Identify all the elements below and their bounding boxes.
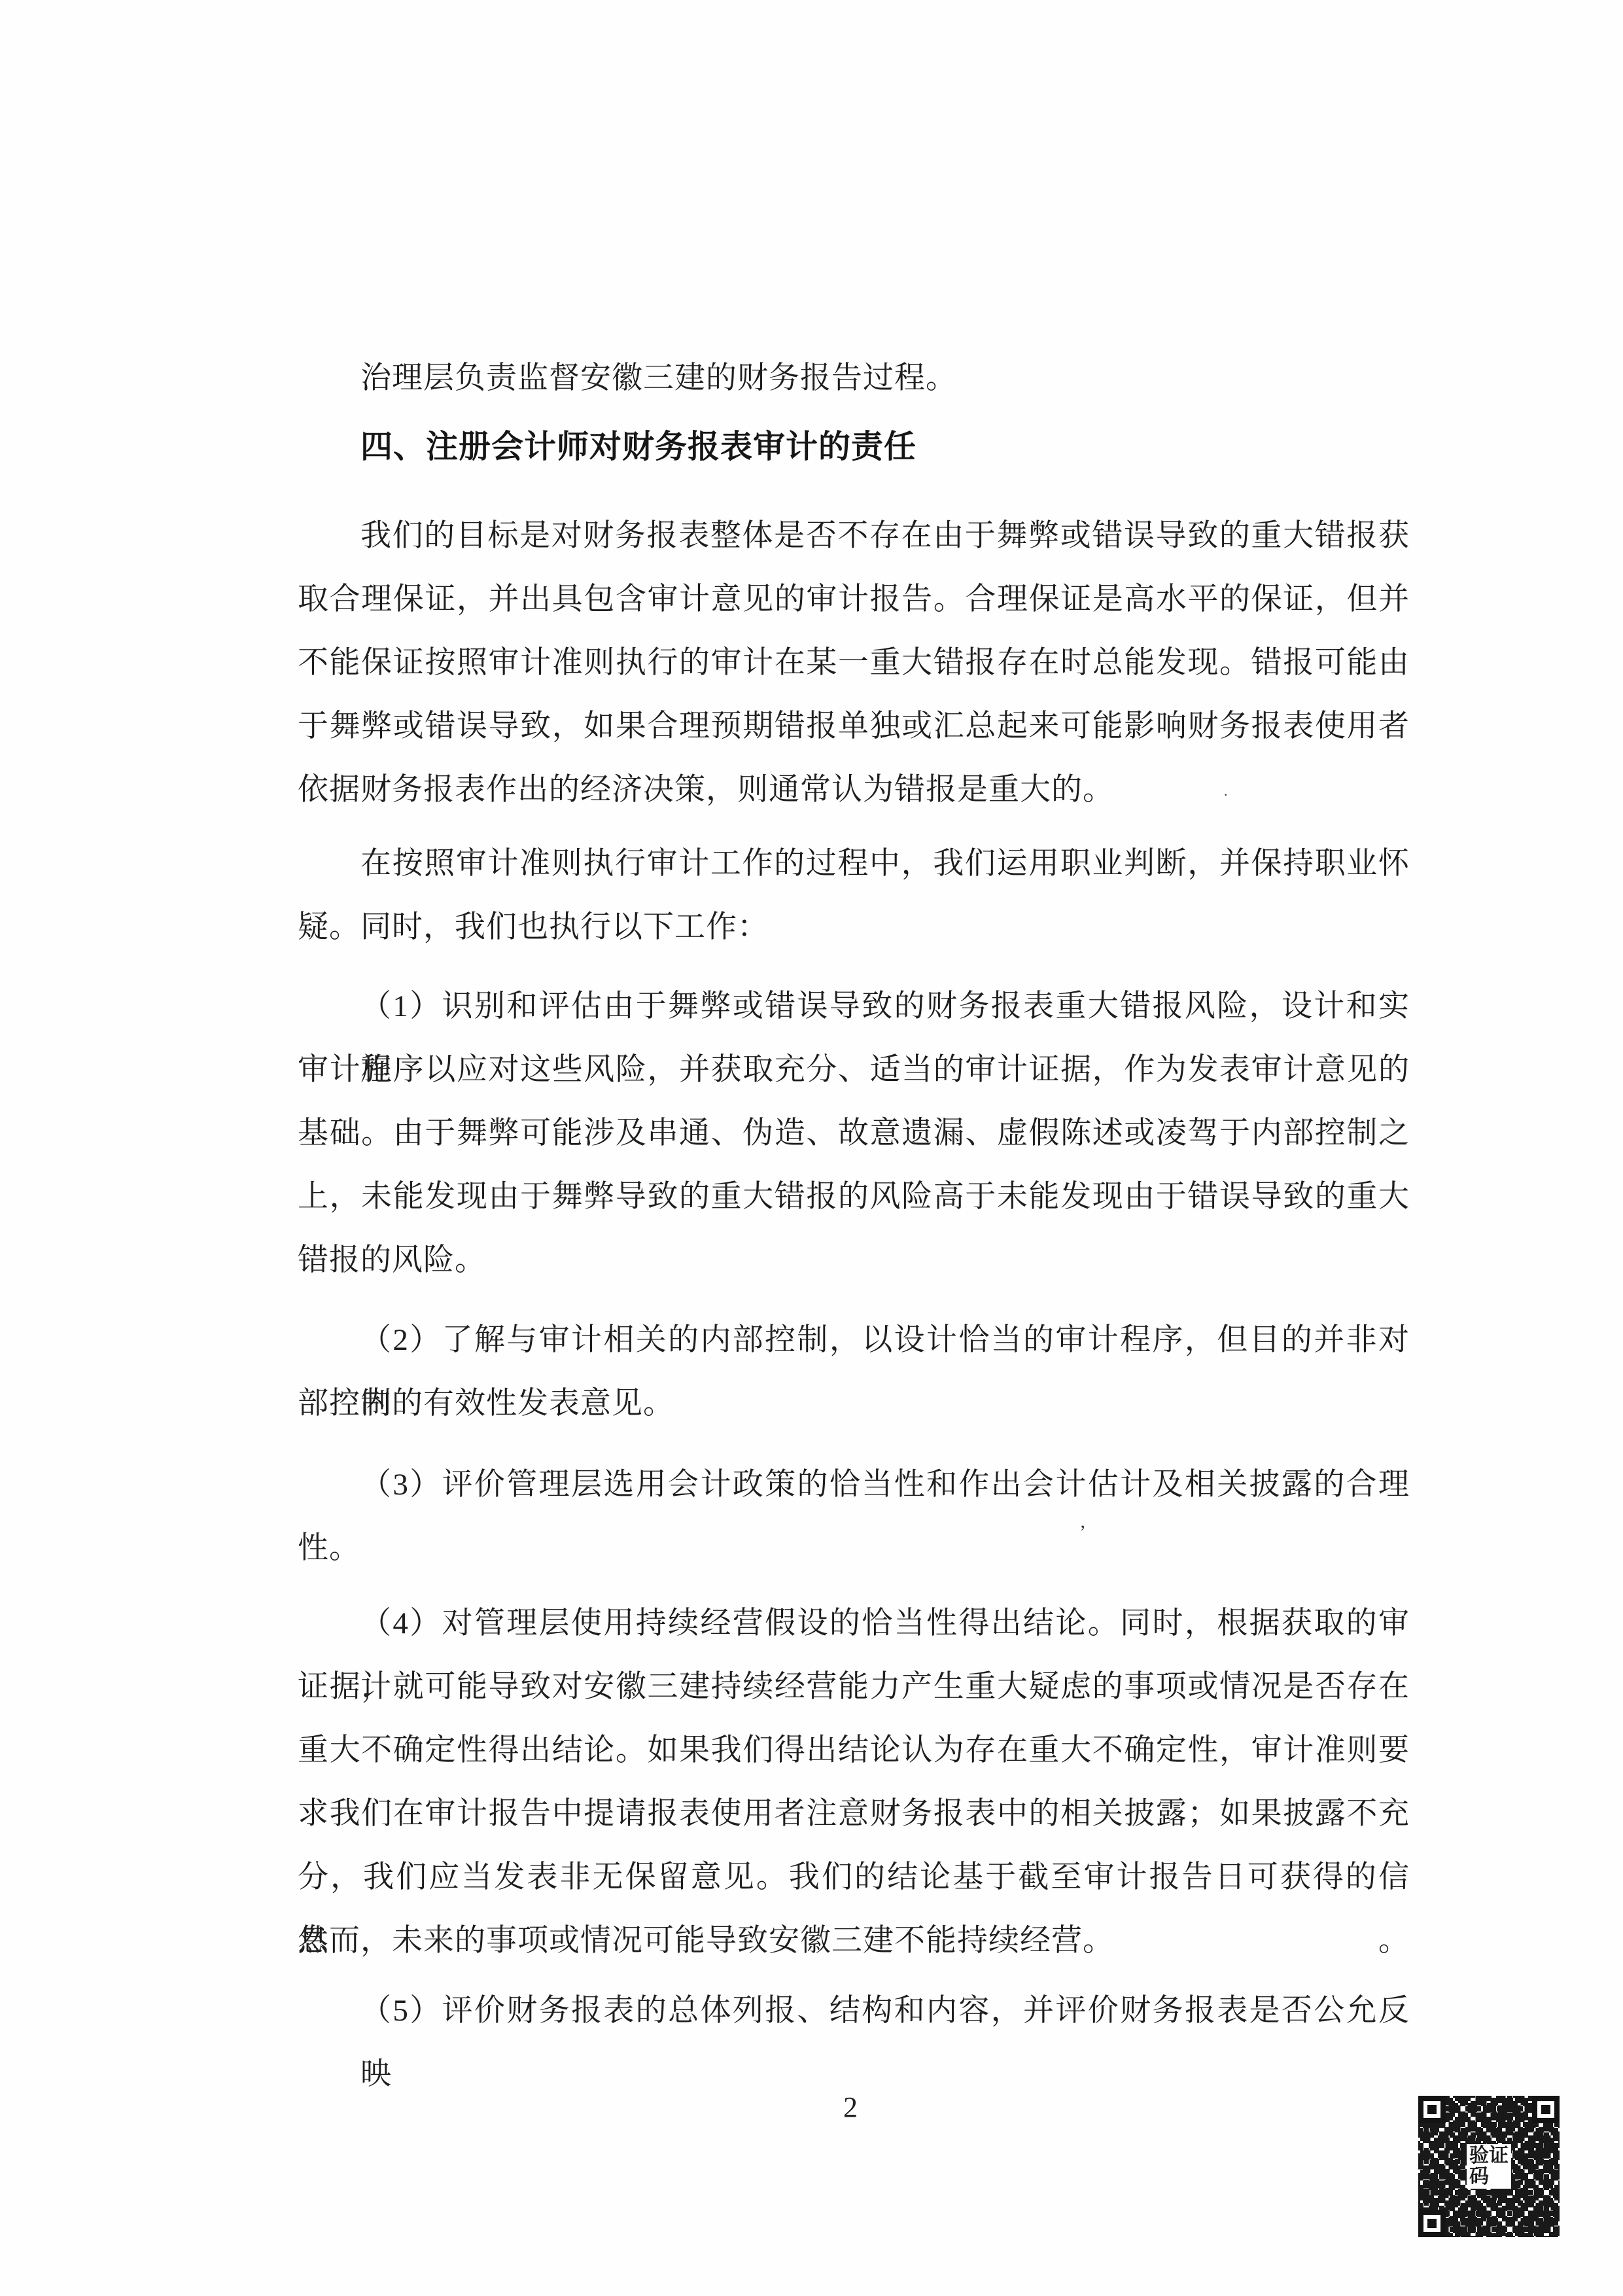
text-line: 性。 — [298, 1517, 1410, 1580]
paragraph-item-4: （4）对管理层使用持续经营假设的恰当性得出结论。同时，根据获取的审计 证据，就可… — [298, 1592, 1410, 1973]
text-line: 求我们在审计报告中提请报表使用者注意财务报表中的相关披露；如果披露不充 — [298, 1782, 1410, 1846]
text-line: 我们的目标是对财务报表整体是否不存在由于舞弊或错误导致的重大错报获 — [298, 504, 1410, 568]
text-line: 治理层负责监督安徽三建的财务报告过程。 — [298, 347, 1410, 410]
text-line: （2）了解与审计相关的内部控制，以设计恰当的审计程序，但目的并非对内 — [298, 1309, 1410, 1372]
paragraph-item-2: （2）了解与审计相关的内部控制，以设计恰当的审计程序，但目的并非对内 部控制的有… — [298, 1309, 1410, 1436]
paragraph-item-3: （3）评价管理层选用会计政策的恰当性和作出会计估计及相关披露的合理 性。 — [298, 1453, 1410, 1580]
text-line: 基础。由于舞弊可能涉及串通、伪造、故意遗漏、虚假陈述或凌驾于内部控制之 — [298, 1102, 1410, 1165]
paragraph-item-5: （5）评价财务报表的总体列报、结构和内容，并评价财务报表是否公允反映 — [298, 1979, 1410, 2043]
text-line: 证据，就可能导致对安徽三建持续经营能力产生重大疑虑的事项或情况是否存在 — [298, 1655, 1410, 1719]
qr-code: 验证 码 — [1418, 2096, 1560, 2237]
paragraph-audit-goal: 我们的目标是对财务报表整体是否不存在由于舞弊或错误导致的重大错报获 取合理保证，… — [298, 504, 1410, 822]
qr-finder-icon — [1418, 2210, 1446, 2237]
text-line: 依据财务报表作出的经济决策，则通常认为错报是重大的。 — [298, 758, 1410, 822]
text-line: 部控制的有效性发表意见。 — [298, 1372, 1410, 1436]
text-line: 错报的风险。 — [298, 1229, 1410, 1292]
section-heading: 四、注册会计师对财务报表审计的责任 — [298, 415, 1410, 479]
text-line: 审计程序以应对这些风险，并获取充分、适当的审计证据，作为发表审计意见的 — [298, 1038, 1410, 1102]
text-line: （1）识别和评估由于舞弊或错误导致的财务报表重大错报风险，设计和实施 — [298, 975, 1410, 1038]
section-heading-text: 四、注册会计师对财务报表审计的责任 — [298, 415, 1410, 479]
text-line: 上，未能发现由于舞弊导致的重大错报的风险高于未能发现由于错误导致的重大 — [298, 1165, 1410, 1229]
paragraph-item-1: （1）识别和评估由于舞弊或错误导致的财务报表重大错报风险，设计和实施 审计程序以… — [298, 975, 1410, 1292]
qr-finder-icon — [1418, 2096, 1446, 2123]
page-number: 2 — [811, 2075, 890, 2139]
text-line: 不能保证按照审计准则执行的审计在某一重大错报存在时总能发现。错报可能由 — [298, 631, 1410, 695]
text-line: 在按照审计准则执行审计工作的过程中，我们运用职业判断，并保持职业怀 — [298, 832, 1410, 896]
qr-finder-icon — [1532, 2096, 1560, 2123]
qr-label-top: 验证 — [1469, 2146, 1509, 2166]
document-page: 治理层负责监督安徽三建的财务报告过程。 四、注册会计师对财务报表审计的责任 我们… — [0, 0, 1623, 2296]
text-line: 重大不确定性得出结论。如果我们得出结论认为存在重大不确定性，审计准则要 — [298, 1719, 1410, 1782]
scan-speck: ’ — [1079, 1523, 1086, 1542]
scan-speck: · — [1223, 785, 1228, 805]
text-line: 分，我们应当发表非无保留意见。我们的结论基于截至审计报告日可获得的信息。 — [298, 1846, 1410, 1909]
text-line: （4）对管理层使用持续经营假设的恰当性得出结论。同时，根据获取的审计 — [298, 1592, 1410, 1655]
text-line: 于舞弊或错误导致，如果合理预期错报单独或汇总起来可能影响财务报表使用者 — [298, 695, 1410, 758]
text-line: 取合理保证，并出具包含审计意见的审计报告。合理保证是高水平的保证，但并 — [298, 568, 1410, 631]
intro-paragraph: 治理层负责监督安徽三建的财务报告过程。 — [298, 347, 1410, 410]
text-line: （3）评价管理层选用会计政策的恰当性和作出会计估计及相关披露的合理 — [298, 1453, 1410, 1517]
qr-center-label: 验证 码 — [1467, 2144, 1511, 2189]
text-line: 疑。同时，我们也执行以下工作： — [298, 896, 1410, 959]
qr-label-bottom: 码 — [1469, 2166, 1509, 2187]
paragraph-audit-process: 在按照审计准则执行审计工作的过程中，我们运用职业判断，并保持职业怀 疑。同时，我… — [298, 832, 1410, 959]
text-line: （5）评价财务报表的总体列报、结构和内容，并评价财务报表是否公允反映 — [298, 1979, 1410, 2043]
